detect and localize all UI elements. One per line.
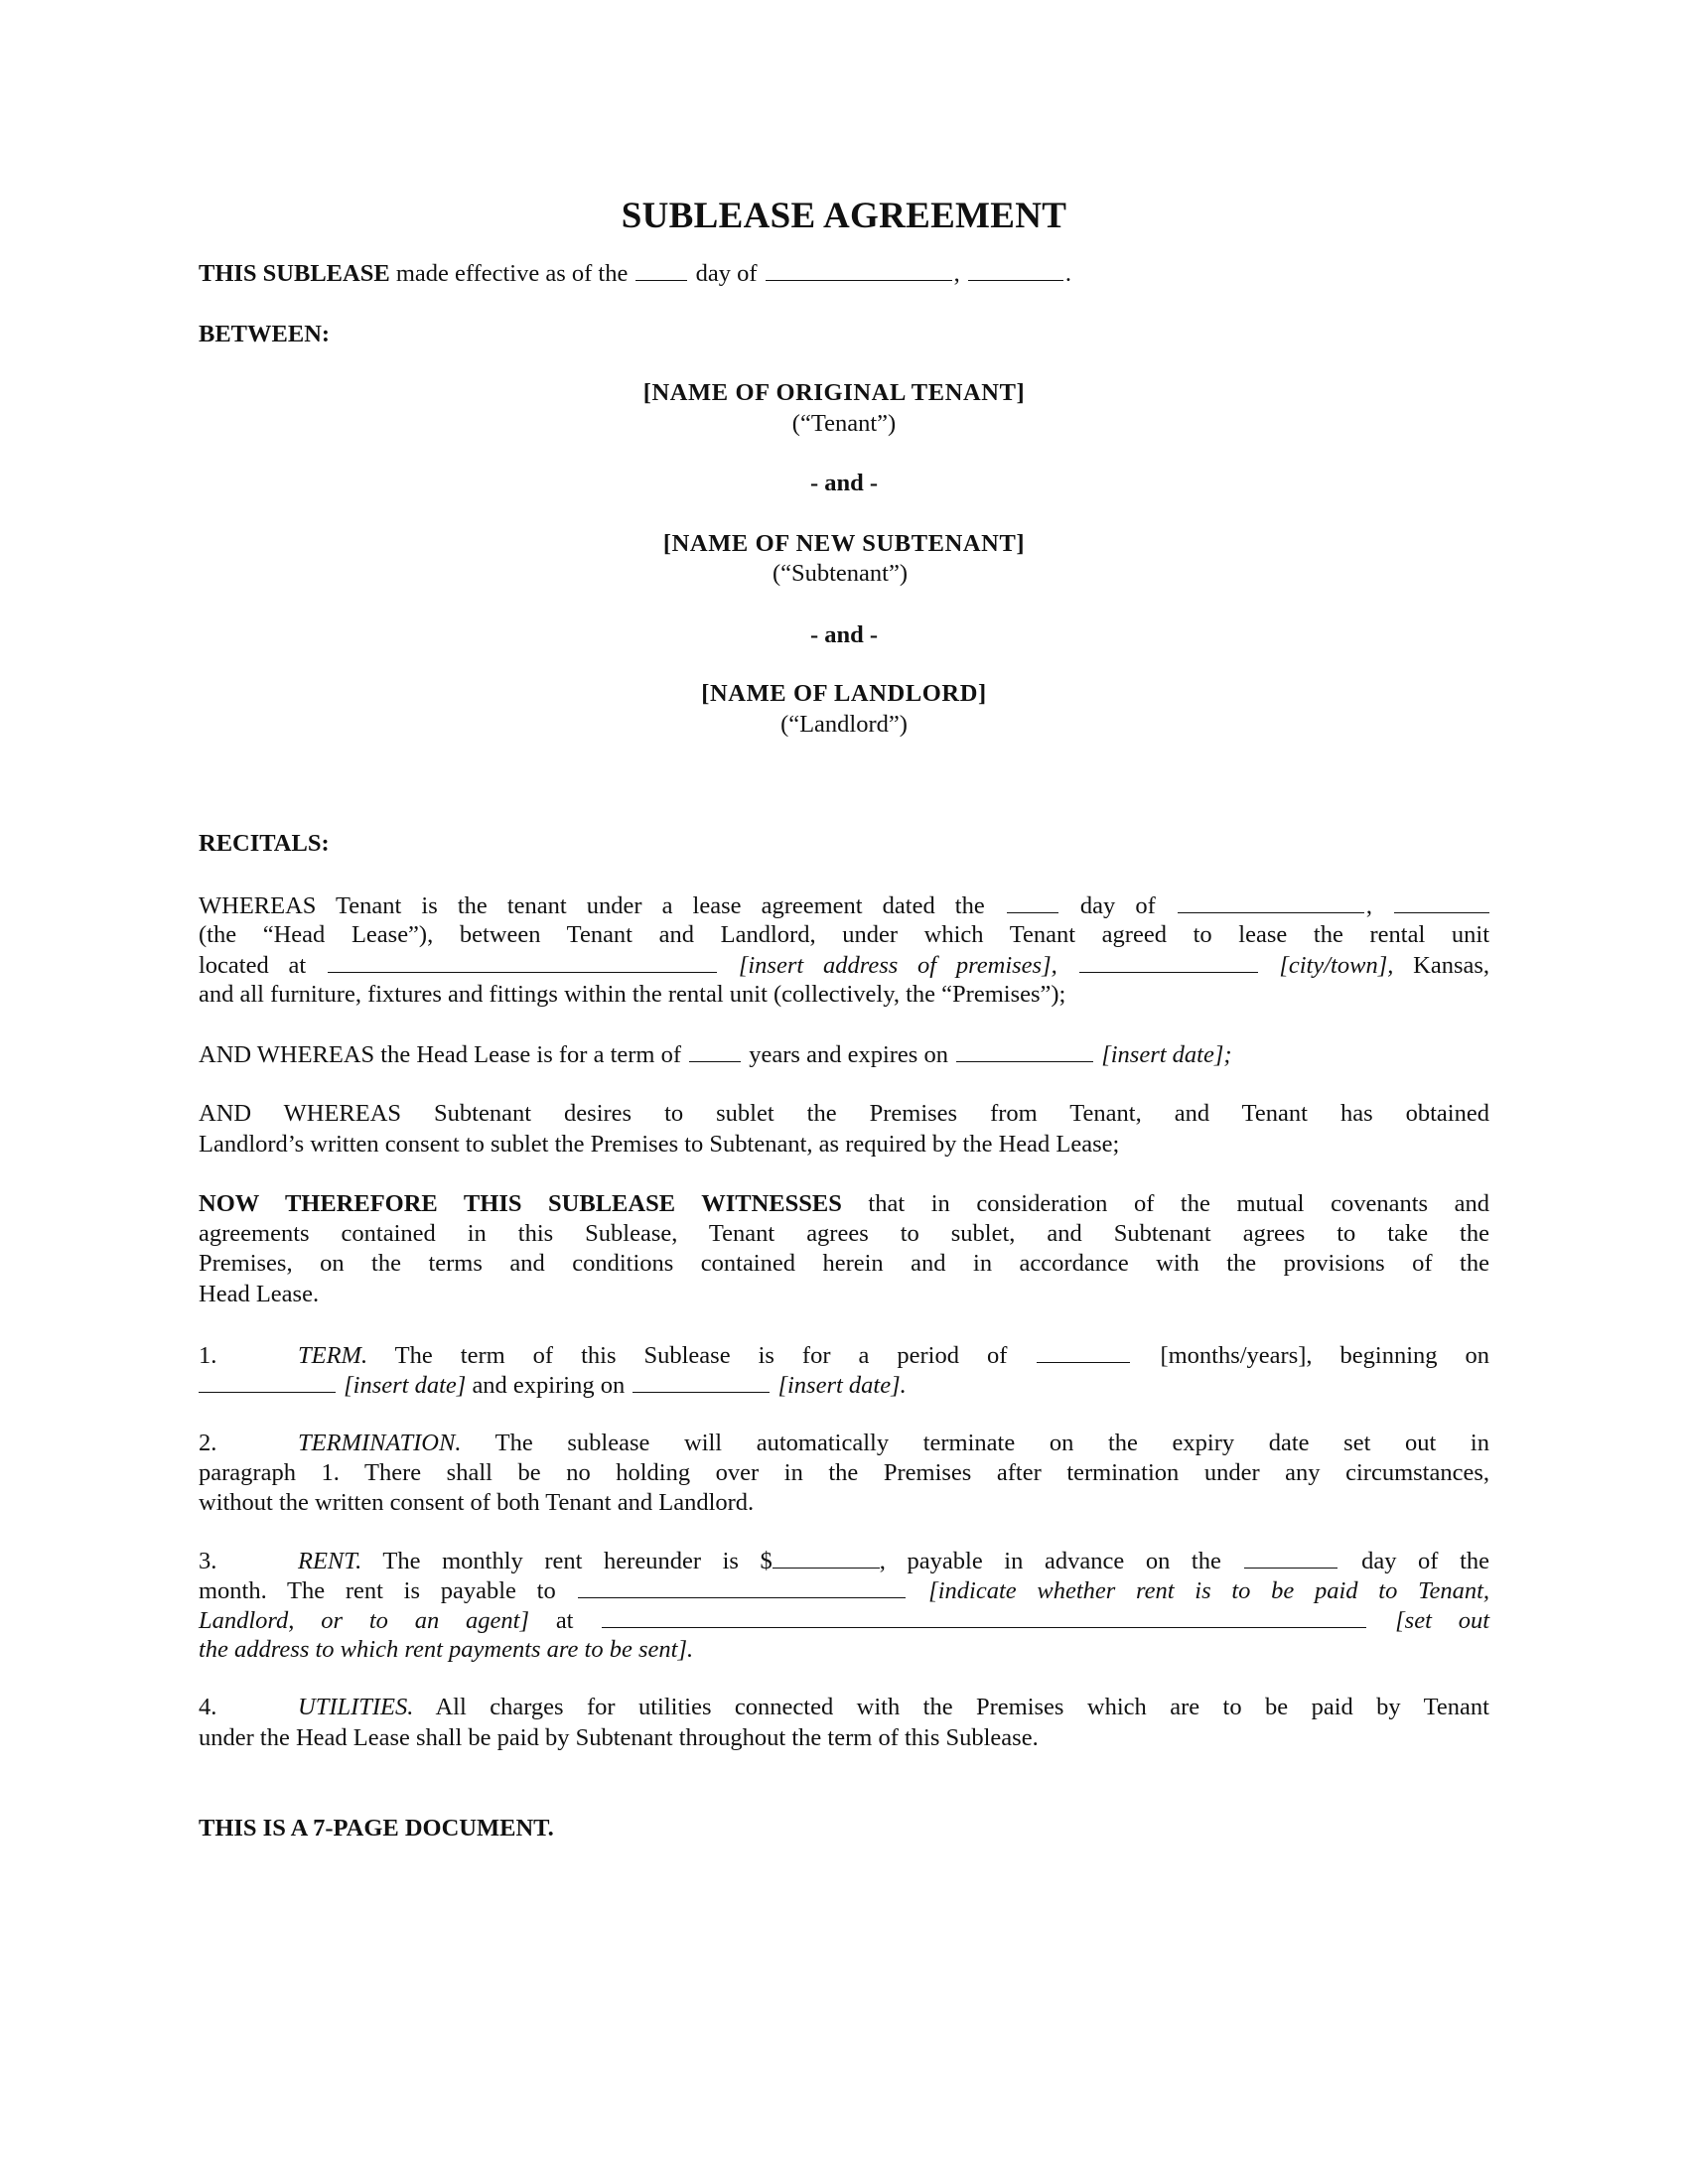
recital-2: AND WHEREAS the Head Lease is for a term… [199, 1039, 1489, 1070]
party-subtenant-name: [NAME OF NEW SUBTENANT] [0, 529, 1688, 559]
expiry-date-blank[interactable] [956, 1039, 1093, 1062]
recital-1-line-1: WHEREAS Tenant is the tenant under a lea… [199, 890, 1489, 921]
month-blank[interactable] [766, 258, 952, 281]
and-separator-1: - and - [0, 469, 1688, 498]
term-period-blank[interactable] [1037, 1340, 1130, 1363]
clause-termination-line-2: paragraph 1. There shall be no holding o… [199, 1458, 1489, 1488]
clause-utilities-line-1: 4.UTILITIES. All charges for utilities c… [199, 1693, 1489, 1722]
city-blank[interactable] [1079, 950, 1258, 973]
witnesses-line-1: NOW THEREFORE THIS SUBLEASE WITNESSES th… [199, 1189, 1489, 1219]
witnesses-line-2: agreements contained in this Sublease, T… [199, 1219, 1489, 1249]
clause-utilities-line-2: under the Head Lease shall be paid by Su… [199, 1723, 1489, 1753]
intro-lead: THIS SUBLEASE [199, 260, 390, 287]
clause-rent-line-4: the address to which rent payments are t… [199, 1635, 1489, 1665]
day-blank[interactable] [635, 258, 687, 281]
clause-termination-line-3: without the written consent of both Tena… [199, 1488, 1489, 1518]
clause-rent-line-3: Landlord, or to an agent] at [set out [199, 1605, 1489, 1636]
party-tenant-role: (“Tenant”) [0, 409, 1688, 439]
term-end-blank[interactable] [633, 1370, 770, 1393]
clause-term-line-2: [insert date] and expiring on [insert da… [199, 1370, 1489, 1401]
recital-1-line-3: located at [insert address of premises],… [199, 950, 1489, 981]
lease-month-blank[interactable] [1178, 890, 1364, 913]
recital-1-line-2: (the “Head Lease”), between Tenant and L… [199, 920, 1489, 950]
document-page: SUBLEASE AGREEMENT THIS SUBLEASE made ef… [0, 0, 1688, 2184]
lease-year-blank[interactable] [1394, 890, 1489, 913]
recital-3-line-1: AND WHEREAS Subtenant desires to sublet … [199, 1099, 1489, 1129]
recitals-heading: RECITALS: [199, 829, 1489, 859]
rent-amount-blank[interactable] [773, 1546, 880, 1569]
term-start-blank[interactable] [199, 1370, 336, 1393]
term-years-blank[interactable] [689, 1039, 741, 1062]
party-subtenant-role: (“Subtenant”) [0, 559, 1684, 589]
witnesses-line-4: Head Lease. [199, 1280, 1489, 1309]
intro-line: THIS SUBLEASE made effective as of the d… [199, 258, 1489, 289]
address-blank[interactable] [328, 950, 717, 973]
clause-termination-line-1: 2.TERMINATION. The sublease will automat… [199, 1429, 1489, 1458]
clause-number: 1. [199, 1341, 298, 1371]
document-title: SUBLEASE AGREEMENT [0, 195, 1688, 238]
year-blank[interactable] [968, 258, 1063, 281]
lease-day-blank[interactable] [1007, 890, 1058, 913]
and-separator-2: - and - [0, 620, 1688, 650]
rent-day-blank[interactable] [1244, 1546, 1337, 1569]
between-label: BETWEEN: [199, 320, 1489, 349]
rent-payee-blank[interactable] [578, 1575, 906, 1598]
party-landlord-name: [NAME OF LANDLORD] [0, 679, 1688, 709]
recital-3-line-2: Landlord’s written consent to sublet the… [199, 1130, 1489, 1160]
recital-1-line-4: and all furniture, fixtures and fittings… [199, 980, 1489, 1010]
party-landlord-role: (“Landlord”) [0, 710, 1688, 740]
clause-rent-line-2: month. The rent is payable to [indicate … [199, 1575, 1489, 1606]
clause-rent-line-1: 3.RENT. The monthly rent hereunder is $,… [199, 1546, 1489, 1576]
page-count-notice: THIS IS A 7-PAGE DOCUMENT. [199, 1814, 1489, 1843]
rent-address-blank[interactable] [602, 1605, 1366, 1628]
clause-heading: TERM. [298, 1342, 367, 1369]
clause-term-line-1: 1.TERM. The term of this Sublease is for… [199, 1340, 1489, 1371]
party-tenant-name: [NAME OF ORIGINAL TENANT] [0, 378, 1678, 408]
witnesses-line-3: Premises, on the terms and conditions co… [199, 1249, 1489, 1279]
